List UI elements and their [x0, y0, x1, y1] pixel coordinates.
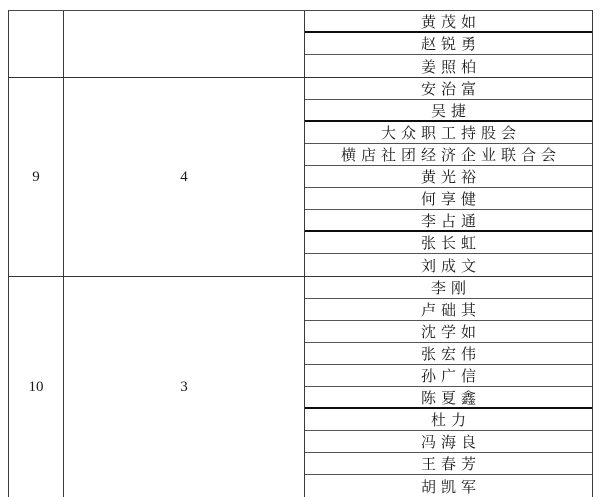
table-section: 10 3 李刚 卢础其 沈学如 张宏伟 孙广信 陈夏鑫 杜力 冯海良 王春芳 胡…: [9, 277, 592, 497]
name-row: 冯海良: [305, 431, 592, 453]
index-cell: 10: [9, 277, 64, 497]
names-column: 安治富 吴捷 大众职工持股会 横店社团经济企业联合会 黄光裕 何享健 李占通 张…: [305, 78, 592, 276]
name-row: 胡凯军: [305, 475, 592, 497]
count-cell: 4: [64, 78, 305, 276]
name-row: 赵锐勇: [305, 33, 592, 55]
count-cell: [64, 11, 305, 77]
name-row: 大众职工持股会: [305, 122, 592, 144]
name-row: 张长虹: [305, 232, 592, 254]
name-row: 黄茂如: [305, 11, 592, 33]
name-row: 黄光裕: [305, 166, 592, 188]
name-row: 刘成文: [305, 254, 592, 276]
index-cell: [9, 11, 64, 77]
name-row: 杜力: [305, 409, 592, 431]
name-row: 李刚: [305, 277, 592, 299]
name-row: 沈学如: [305, 321, 592, 343]
name-row: 姜照柏: [305, 55, 592, 77]
name-row: 安治富: [305, 78, 592, 100]
name-row: 卢础其: [305, 299, 592, 321]
name-row: 吴捷: [305, 100, 592, 122]
table-section: 9 4 安治富 吴捷 大众职工持股会 横店社团经济企业联合会 黄光裕 何享健 李…: [9, 78, 592, 277]
index-cell: 9: [9, 78, 64, 276]
names-column: 黄茂如 赵锐勇 姜照柏: [305, 11, 592, 77]
document-page: 黄茂如 赵锐勇 姜照柏 9 4 安治富 吴捷 大众职工持股会 横店社团经济企业联…: [0, 0, 600, 497]
name-row: 李占通: [305, 210, 592, 232]
names-column: 李刚 卢础其 沈学如 张宏伟 孙广信 陈夏鑫 杜力 冯海良 王春芳 胡凯军: [305, 277, 592, 497]
name-row: 张宏伟: [305, 343, 592, 365]
name-row: 横店社团经济企业联合会: [305, 144, 592, 166]
table-section: 黄茂如 赵锐勇 姜照柏: [9, 11, 592, 78]
name-row: 陈夏鑫: [305, 387, 592, 409]
shareholder-table: 黄茂如 赵锐勇 姜照柏 9 4 安治富 吴捷 大众职工持股会 横店社团经济企业联…: [8, 10, 593, 497]
name-row: 孙广信: [305, 365, 592, 387]
name-row: 王春芳: [305, 453, 592, 475]
count-cell: 3: [64, 277, 305, 497]
name-row: 何享健: [305, 188, 592, 210]
